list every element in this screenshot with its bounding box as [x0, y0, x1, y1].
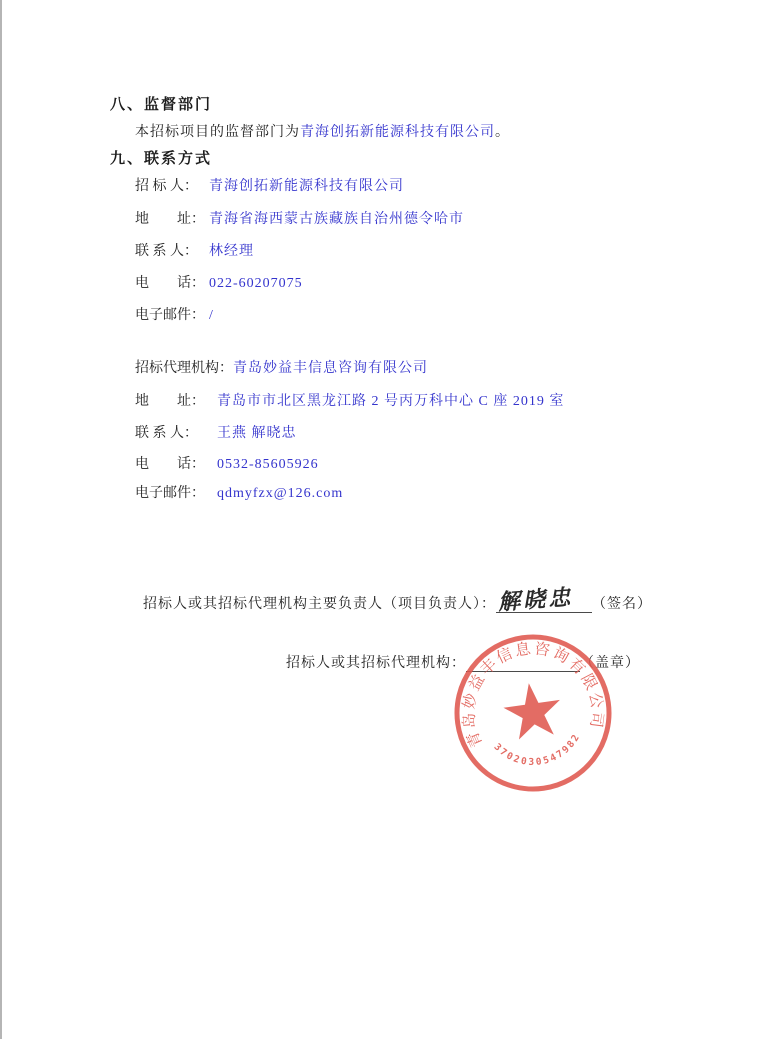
supervision-text-suffix: 。 [495, 125, 510, 140]
supervision-text-prefix: 本招标项目的监督部门为 [135, 125, 300, 140]
seal-line-label: 招标人或其招标代理机构： [286, 652, 466, 672]
agency-address-row: 地 址： 青岛市市北区黑龙江路 2 号丙万科中心 C 座 2019 室 [135, 390, 564, 410]
agency-phone: 0532-85605926 [217, 457, 319, 473]
supervision-department-name: 青海创拓新能源科技有限公司 [300, 125, 495, 140]
field-label: 电子邮件： [135, 304, 209, 324]
handwritten-signature: 解晓忠 [497, 580, 574, 616]
svg-text:3702030547982: 3702030547982 [491, 730, 587, 774]
tenderer-address: 青海省海西蒙古族藏族自治州德令哈市 [209, 208, 464, 228]
tenderer-name-row: 招 标 人： 青海创拓新能源科技有限公司 [135, 175, 404, 195]
signature-line-suffix: （签名） [592, 593, 652, 613]
field-label: 招标代理机构： [135, 357, 233, 377]
field-label: 联 系 人： [135, 240, 209, 260]
agency-phone-row: 电 话： 0532-85605926 [135, 453, 319, 473]
field-label: 地 址： [135, 390, 209, 410]
section-8-body: 本招标项目的监督部门为青海创拓新能源科技有限公司。 [135, 121, 510, 141]
field-label: 电 话： [135, 272, 209, 292]
stamp-registration-number: 3702030547982 [491, 730, 587, 774]
agency-name-row: 招标代理机构： 青岛妙益丰信息咨询有限公司 [135, 357, 428, 377]
agency-name: 青岛妙益丰信息咨询有限公司 [233, 357, 428, 377]
field-label: 电 话： [135, 453, 209, 473]
agency-email-row: 电子邮件： qdmyfzx@126.com [135, 482, 343, 502]
field-label: 联 系 人： [135, 422, 209, 442]
field-label: 电子邮件： [135, 482, 209, 502]
tenderer-address-row: 地 址： 青海省海西蒙古族藏族自治州德令哈市 [135, 208, 464, 228]
tenderer-contact-person: 林经理 [209, 240, 254, 260]
signature-line-label: 招标人或其招标代理机构主要负责人（项目负责人）： [143, 593, 496, 613]
agency-address: 青岛市市北区黑龙江路 2 号丙万科中心 C 座 2019 室 [217, 390, 564, 410]
field-label: 地 址： [135, 208, 209, 228]
field-label: 招 标 人： [135, 175, 209, 195]
tenderer-email: / [209, 308, 214, 324]
document-page: 八、监督部门 本招标项目的监督部门为青海创拓新能源科技有限公司。 九、联系方式 … [0, 0, 758, 1039]
signature-line: 招标人或其招标代理机构主要负责人（项目负责人）： 解晓忠 （签名） [143, 590, 652, 613]
tenderer-phone-row: 电 话： 022-60207075 [135, 272, 303, 292]
tenderer-contact-person-row: 联 系 人： 林经理 [135, 240, 254, 260]
tenderer-email-row: 电子邮件： / [135, 304, 214, 324]
agency-email: qdmyfzx@126.com [217, 486, 343, 502]
signature-slot: 解晓忠 [496, 590, 592, 613]
section-8-heading: 八、监督部门 [110, 93, 212, 114]
section-9-heading: 九、联系方式 [110, 147, 212, 168]
stamp-star-icon [501, 679, 565, 741]
agency-contact-person: 王燕 解晓忠 [217, 422, 297, 442]
tenderer-phone: 022-60207075 [209, 276, 303, 292]
company-stamp-icon: 青岛妙益丰信息咨询有限公司 3702030547982 [448, 628, 618, 798]
agency-contact-person-row: 联 系 人： 王燕 解晓忠 [135, 422, 297, 442]
company-stamp: 青岛妙益丰信息咨询有限公司 3702030547982 [448, 628, 618, 798]
tenderer-name: 青海创拓新能源科技有限公司 [209, 175, 404, 195]
